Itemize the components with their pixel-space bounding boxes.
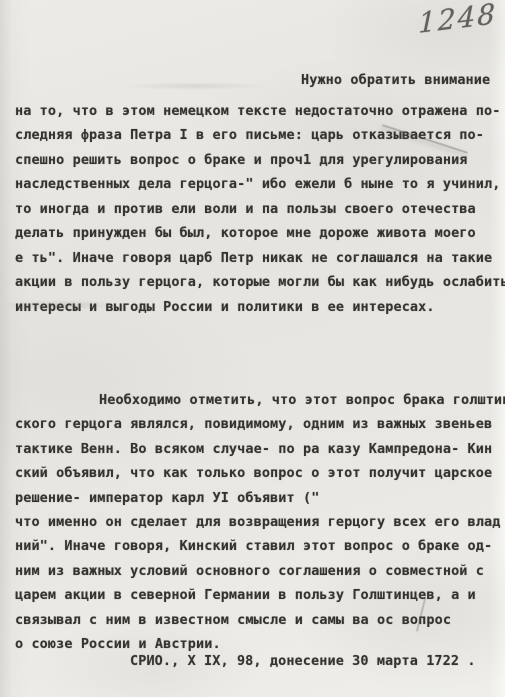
text-line: спешно решить вопрос о браке и проч1 для… <box>15 148 505 173</box>
text-line: е ть". Иначе говоря царб Петр никак не с… <box>15 246 505 271</box>
text-line: ского герцога являлся, повидимому, одним… <box>15 412 505 436</box>
text-line: связывал с ним в известном смысле и самы… <box>15 608 505 632</box>
text-line: на то, что в этом немецком тексте недост… <box>15 99 505 124</box>
text-line: что именно он сделает для возвращения ге… <box>15 510 505 534</box>
text-line: решение- император карл УI объявит (" <box>15 486 505 510</box>
text-line: ский объявил, что как только вопрос о эт… <box>15 461 505 485</box>
scanned-document-page: 1248 Нужно обратить внимание на то, что … <box>0 0 505 697</box>
citation-line: СРИО., X IX, 98, донесение 30 марта 1722… <box>130 653 476 669</box>
text-line: царем акции в северной Германии в пользу… <box>15 583 505 607</box>
text-line: ним из важных условий основного соглашен… <box>15 559 505 583</box>
paragraph-2: Необходимо отметить, что этот вопрос бра… <box>15 388 505 656</box>
text-line: тактике Венн. Во всяком случае- по ра ка… <box>15 437 505 461</box>
text-line: ний". Иначе говоря, Кинский ставил этот … <box>15 534 505 558</box>
text-line: интересы и выгоды России и политики в ее… <box>15 295 505 320</box>
paragraph-1-lines: на то, что в этом немецком тексте недост… <box>15 99 505 320</box>
text-line: наследственных дела герцога-" ибо ежели … <box>15 172 505 197</box>
paragraph-2-first-line: Необходимо отметить, что этот вопрос бра… <box>15 388 505 412</box>
handwritten-page-number: 1248 <box>418 0 497 40</box>
text-line: следняя фраза Петра I в его письме: царь… <box>15 123 505 148</box>
paragraph-2-lines: ского герцога являлся, повидимому, одним… <box>15 412 505 656</box>
paragraph-1: Нужно обратить внимание на то, что в это… <box>15 68 505 319</box>
text-line: то иногда и против ели воли и па пользы … <box>15 197 505 222</box>
text-line: делать принужден бы был, которое мне дор… <box>15 221 505 246</box>
paragraph-1-opening-line: Нужно обратить внимание <box>15 68 505 93</box>
text-line: акции в пользу герцога, которые могли бы… <box>15 270 505 295</box>
